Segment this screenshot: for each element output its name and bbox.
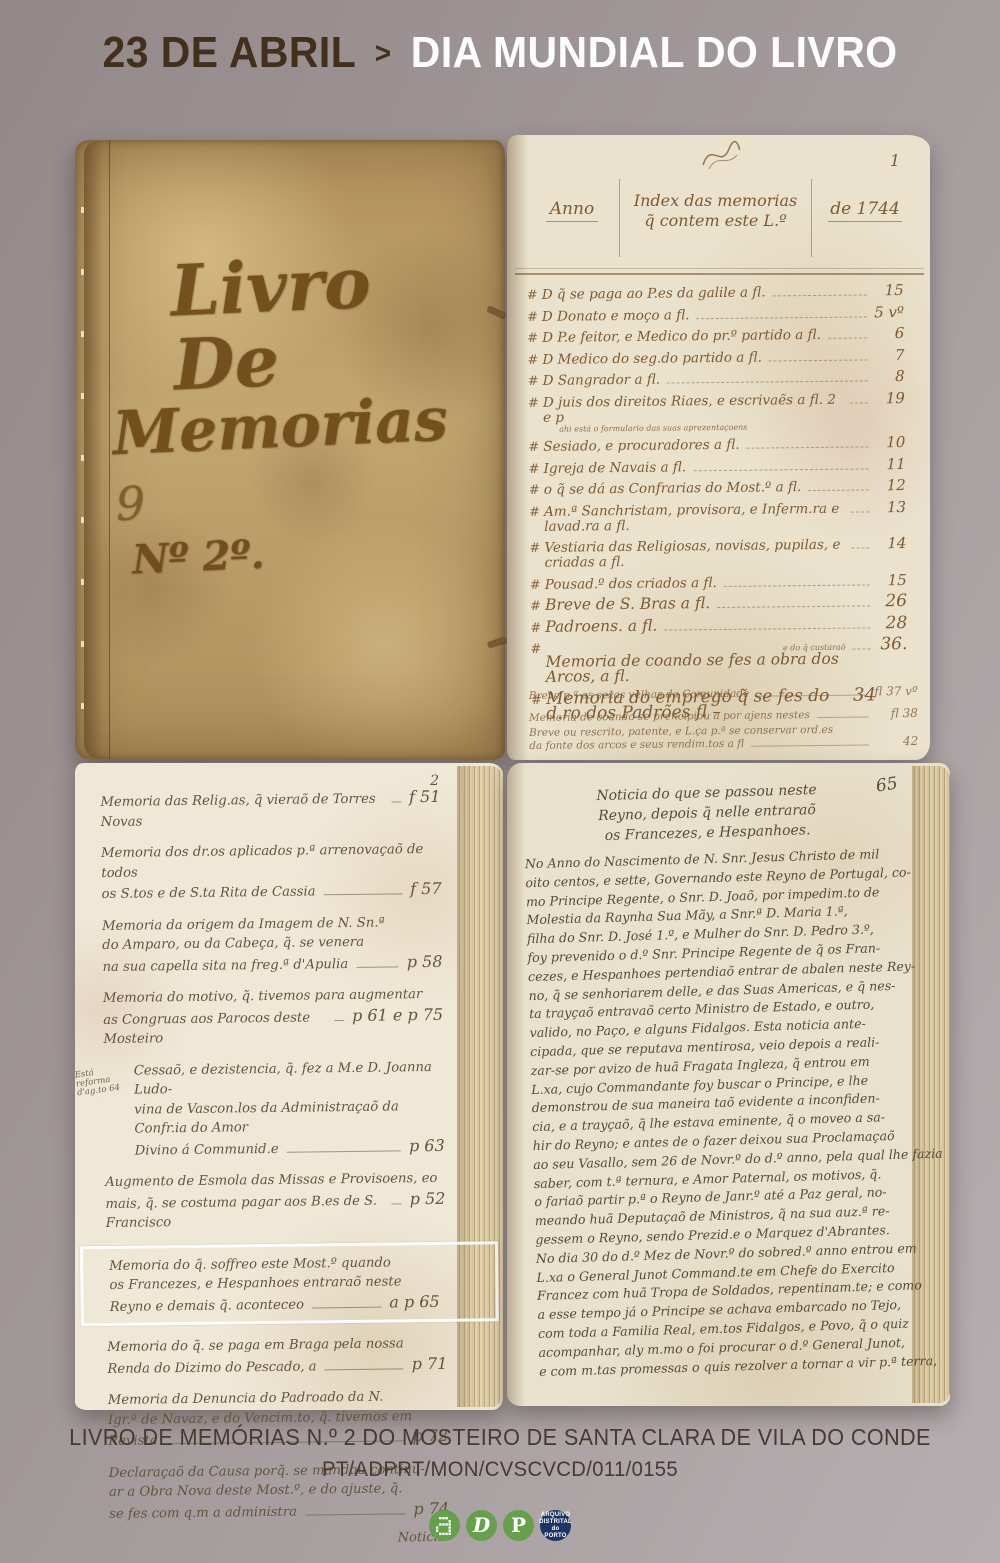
line-leader <box>325 1368 404 1370</box>
cover-title-line-2: Memorias 9 <box>111 385 495 537</box>
logo-letter-p: P <box>503 1510 534 1541</box>
dash-leader <box>747 446 869 448</box>
line-leader <box>324 893 403 895</box>
line-leader <box>392 1203 402 1204</box>
cover-handwritten-title: Livro De Memorias 9 Nº 2º. <box>105 241 497 585</box>
index-entry-light: Breve p.ª as sezas velhas da Comunidadef… <box>529 685 918 703</box>
logo-badge-arquivo-distrital-porto: ARQUIVO DISTRITAL do PORTO <box>540 1510 571 1541</box>
index-entry: #Padroens. a fl.28 <box>518 615 921 635</box>
index-entry-list: #D q̃ se paga ao P.es da galile a fl.15 … <box>515 283 923 727</box>
adp-logo: D P ARQUIVO DISTRITAL do PORTO <box>0 1510 1000 1541</box>
line-leader <box>334 1020 344 1021</box>
manuscript-page: 1 Anno Index das memorias q̃ contem este… <box>507 135 930 760</box>
dash-leader <box>828 337 867 338</box>
folio-number: 1 <box>890 151 900 170</box>
leather-tie <box>487 636 508 647</box>
index-entry: Memoria da origem da Imagem de N. Sn.ª d… <box>88 912 443 977</box>
index-entry: #D Sangrador a fl.8 <box>516 369 919 389</box>
margin-note: Está reforma d'ag.to 64 <box>74 1064 129 1098</box>
index-entry: Memoria do motivo, q̃. tivemos para augm… <box>89 985 444 1050</box>
parchment-cover: Livro De Memorias 9 Nº 2º. <box>75 140 505 760</box>
index-entry: Memoria do q̃. se paga em Braga pela nos… <box>93 1334 447 1379</box>
photo-index-page-1744: 1 Anno Index das memorias q̃ contem este… <box>507 135 930 760</box>
index-entry: #D Medico do seg.do partido a fl.7 <box>515 347 918 367</box>
logo-letter-a-dots <box>429 1510 460 1541</box>
index-entry: #D q̃ se paga ao P.es da galile a fl.15 <box>515 283 918 303</box>
dash-leader <box>717 605 870 608</box>
index-entry-highlighted: Memoria do q̃. soffreo este Most.º quand… <box>80 1241 499 1327</box>
manuscript-page: 65 Noticia do que se passou neste Reyno,… <box>507 763 950 1406</box>
index-entry: Augmento de Esmola das Missas e Provisoe… <box>91 1169 446 1234</box>
caption-reference-code: PT/ADPRT/MON/CVSCVCD/011/0155 <box>30 1457 970 1482</box>
index-title-line-1: Index das memorias <box>620 191 811 211</box>
dash-leader <box>851 547 869 548</box>
line-leader <box>287 1150 401 1152</box>
index-entry: #Breve de S. Bras a fl.26 <box>518 594 921 614</box>
caption-title: LIVRO DE MEMÓRIAS N.º 2 DO MOSTEIRO DE S… <box>30 1424 970 1451</box>
index-entry: Está reforma d'ag.to 64 Cessaõ, e dezist… <box>90 1057 445 1161</box>
title-event: DIA MUNDIAL DO LIVRO <box>411 28 898 77</box>
line-leader <box>356 966 399 968</box>
photo-noticia-page: 65 Noticia do que se passou neste Reyno,… <box>507 763 950 1406</box>
column-anno: Anno <box>525 179 619 257</box>
title-date: 23 DE ABRIL <box>102 28 355 77</box>
index-entry: #D P.e feitor, e Medico do pr.º partido … <box>515 326 918 346</box>
line-leader <box>391 801 401 802</box>
dash-leader <box>850 402 868 403</box>
index-entry: #Am.ª Sanchristam, provisora, e Inferm.r… <box>517 499 920 534</box>
logo-letter-d: D <box>466 1510 497 1541</box>
index-entry: #e do q̃ custaraõMemoria de coando se fe… <box>518 637 921 685</box>
index-entry: Memoria dos dr.os aplicados p.ª arrenova… <box>87 840 442 905</box>
column-year: de 1744 <box>812 179 918 257</box>
index-table-header: Anno Index das memorias q̃ contem este L… <box>525 179 918 257</box>
index-title-line-2: q̃ contem este L.º <box>620 211 811 231</box>
ink-flourish: 9 <box>115 476 147 531</box>
index-entry: #D Donato e moço a fl.5 vº <box>515 304 918 324</box>
dotted-a-icon <box>436 1517 454 1535</box>
index-entry: Memoria das Relig.as, q̃ vieraõ de Torre… <box>86 787 440 832</box>
dash-leader <box>697 316 868 319</box>
dash-leader <box>664 627 870 630</box>
arrow-right-icon: > <box>375 37 392 70</box>
index-entry: #Igreja de Navais a fl.11 <box>517 456 920 476</box>
index-entry: #D juis dos direitos Riaes, e escrivaẽs … <box>516 390 919 433</box>
index-entry-light: Memoria de coando se prencipiou a por aj… <box>529 707 918 725</box>
dash-leader <box>769 359 868 361</box>
entry-subnote: ahi está o formulario das suas aprezenta… <box>543 422 843 433</box>
photo-book-cover: Livro De Memorias 9 Nº 2º. <box>75 140 505 760</box>
manuscript-page: 2 Memoria das Relig.as, q̃ vieraõ de Tor… <box>75 763 503 1410</box>
line-leader <box>751 744 869 746</box>
leather-tie <box>487 305 507 318</box>
index-entry: #Vestiaria das Religiosas, novisas, pupi… <box>517 536 920 571</box>
line-leader <box>312 1306 381 1308</box>
dash-leader <box>693 468 868 471</box>
dash-leader <box>853 648 871 649</box>
dash-leader <box>724 584 870 587</box>
index-entry: #Pousad.º dos criados a fl.15 <box>518 572 921 592</box>
noticia-text: Noticia do que se passou neste Reyno, de… <box>523 778 906 1381</box>
dash-leader <box>851 511 869 512</box>
spine-stitching <box>81 151 84 749</box>
dash-leader <box>808 489 869 491</box>
line-leader <box>817 716 869 718</box>
dash-leader <box>773 294 867 296</box>
book-spine <box>84 141 110 759</box>
pen-flourish-icon <box>697 139 745 173</box>
line-leader <box>756 694 867 696</box>
cover-title-line-1: Livro De <box>105 241 489 405</box>
poster-title: 23 DE ABRIL > DIA MUNDIAL DO LIVRO <box>35 28 965 78</box>
index-entry: #Sesiado, e procuradores a fl.10 <box>516 435 919 455</box>
page-fore-edge <box>912 766 950 1403</box>
column-index-title: Index das memorias q̃ contem este L.º <box>619 179 812 257</box>
index-entry: #o q̃ se dá as Confrarias do Most.º a fl… <box>517 478 920 498</box>
photo-index-continued: 2 Memoria das Relig.as, q̃ vieraõ de Tor… <box>75 763 503 1410</box>
noticia-heading: Noticia do que se passou neste Reyno, de… <box>523 778 892 848</box>
dash-leader <box>667 380 868 383</box>
ruled-line <box>515 273 924 275</box>
index-footer-entries: Breve p.ª as sezas velhas da Comunidadef… <box>529 685 919 761</box>
ruled-line <box>515 268 924 269</box>
